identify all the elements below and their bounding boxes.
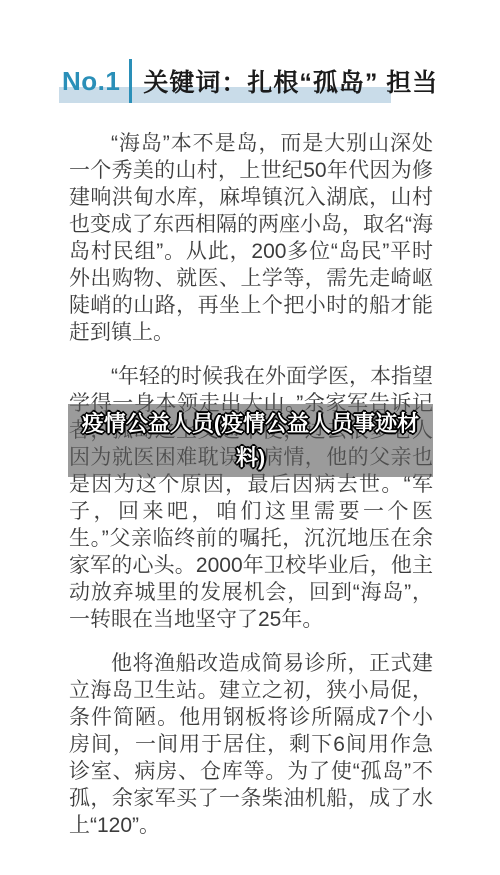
- header-divider: [129, 59, 132, 103]
- paragraph-clinic-boat: 他将渔船改造成简易诊所，正式建立海岛卫生站。建立之初，狭小局促，条件简陋。他用钢…: [69, 650, 433, 839]
- article-page: No.1 关键词：扎根“孤岛” 担当 “海岛”本不是岛，而是大别山深处一个秀美的…: [0, 0, 500, 875]
- section-title: 关键词：扎根“孤岛” 担当: [143, 63, 438, 99]
- article-body: “海岛”本不是岛，而是大别山深处一个秀美的山村，上世纪50年代因为修建响洪甸水库…: [69, 130, 433, 839]
- paragraph-doctor-return: “年轻的时候我在外面学医，本指望学得一身本领走出大山。”余家军告诉记者，孤岛之上…: [69, 363, 433, 633]
- paragraph-island-origin: “海岛”本不是岛，而是大别山深处一个秀美的山村，上世纪50年代因为修建响洪甸水库…: [69, 130, 433, 346]
- section-header: No.1 关键词：扎根“孤岛” 担当: [62, 58, 438, 104]
- section-number-badge: No.1: [62, 66, 120, 97]
